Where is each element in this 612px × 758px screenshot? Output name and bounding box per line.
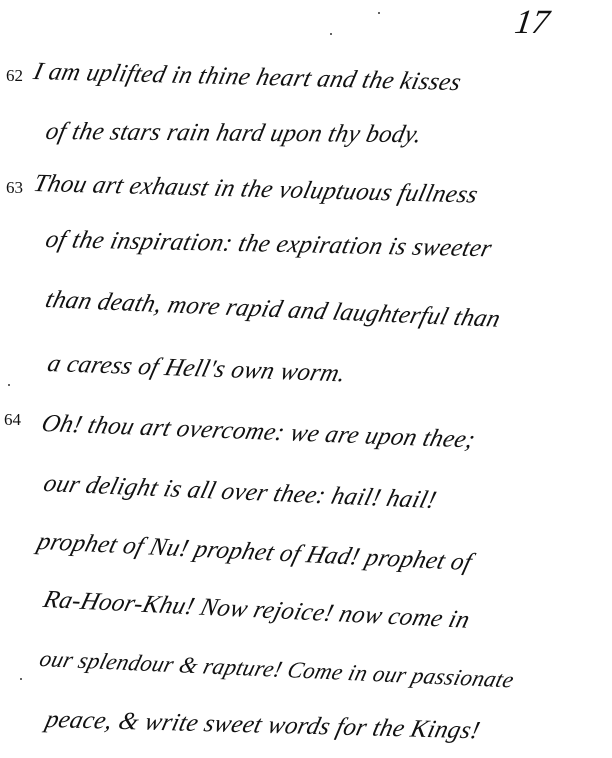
verse-63-line-2: of the inspiration: the expiration is sw… xyxy=(43,226,495,263)
scan-speck xyxy=(8,384,10,386)
verse-number-64: 64 xyxy=(4,410,21,430)
verse-64-line-3: prophet of Nu! prophet of Had! prophet o… xyxy=(34,528,475,577)
verse-64-line-2: our delight is all over thee: hail! hail… xyxy=(40,470,439,515)
scan-speck xyxy=(378,12,380,14)
verse-64-line-4: Ra-Hoor-Khu! Now rejoice! now come in xyxy=(40,586,472,634)
scan-speck xyxy=(330,33,332,35)
verse-63-line-1: Thou art exhaust in the voluptuous fulln… xyxy=(31,170,481,209)
verse-number-62: 62 xyxy=(6,66,23,86)
verse-64-line-1: Oh! thou art overcome: we are upon thee; xyxy=(38,410,478,454)
verse-64-line-6: peace, & write sweet words for the Kings… xyxy=(43,706,483,745)
manuscript-page: 17 62 I am uplifted in thine heart and t… xyxy=(0,0,612,758)
verse-63-line-4: a caress of Hell's own worm. xyxy=(45,350,349,388)
verse-62-line-2: of the stars rain hard upon thy body. xyxy=(43,118,425,149)
verse-64-line-5: our splendour & rapture! Come in our pas… xyxy=(37,646,517,693)
verse-number-63: 63 xyxy=(6,178,23,198)
verse-63-line-3: than death, more rapid and laughterful t… xyxy=(42,286,503,334)
scan-speck xyxy=(20,678,22,680)
page-number: 17 xyxy=(512,4,551,42)
verse-62-line-1: I am uplifted in thine heart and the kis… xyxy=(31,58,464,97)
